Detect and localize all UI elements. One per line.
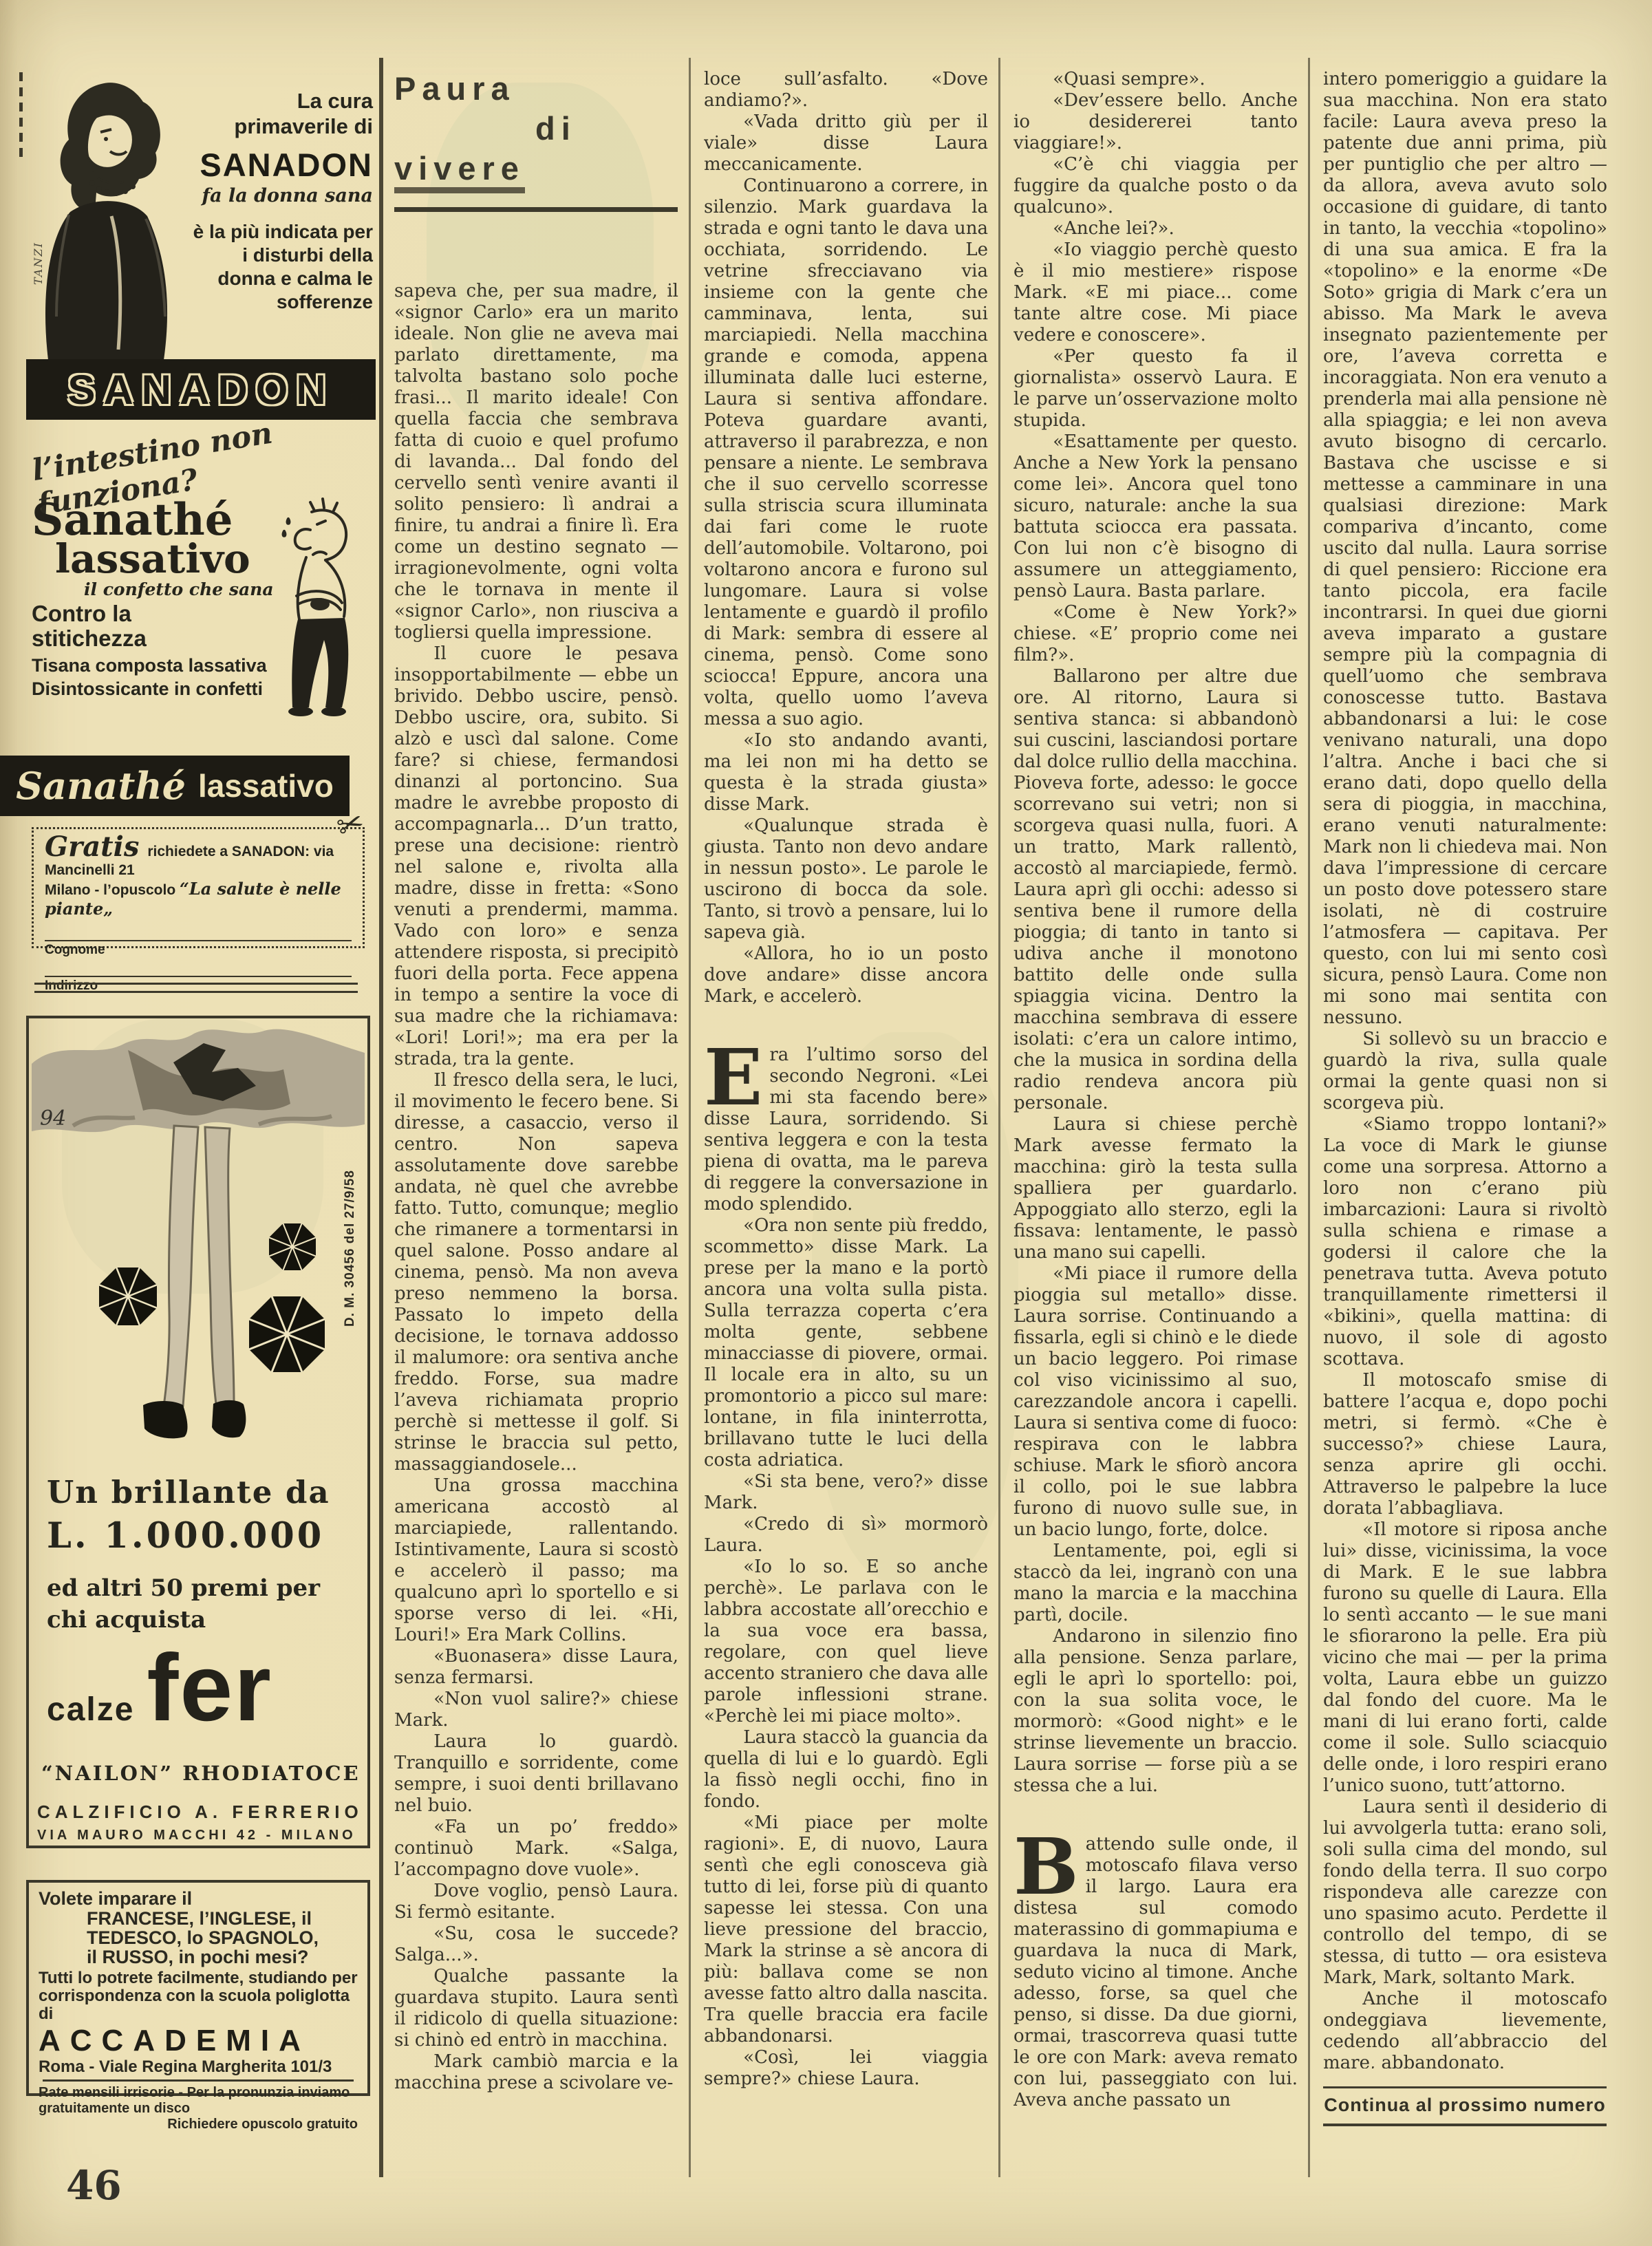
continua-notice: Continua al prossimo numero: [1323, 2086, 1607, 2126]
story-column-3: «Quasi sempre».«Dev’essere bello. Anche …: [1013, 69, 1298, 2177]
accademia-line-3: TEDESCO, lo SPAGNOLO,: [87, 1928, 358, 1947]
fer-nailon-line: “NAILON” RHODIATOCE: [41, 1762, 361, 1785]
story-column-2: loce sull’asfalto. «Dove andiamo?».«Vada…: [704, 69, 988, 2177]
sanathe-banner-bold: lassativo: [198, 767, 334, 804]
story-paragraph: «Anche lei?».: [1013, 218, 1298, 239]
fer-subline-2: chi acquista: [47, 1606, 206, 1634]
sanadon-script-line: fa la donna sana: [189, 185, 373, 206]
accademia-rule: [43, 2079, 354, 2082]
sanathe-banner-script: Sanathé: [16, 764, 186, 808]
column-rule: [1308, 58, 1310, 2177]
sanathe-claim-3: Disintossicante in confetti: [32, 678, 263, 700]
story-paragraph: «Ora non sente più freddo, scommetto» di…: [704, 1215, 988, 1471]
story-paragraph: «Vada dritto giù per il viale» disse Lau…: [704, 111, 988, 175]
sanathe-claim-2: Tisana composta lassativa: [32, 655, 267, 676]
fer-address: VIA MAURO MACCHI 42 - MILANO: [37, 1828, 356, 1843]
story-title-line-2: di: [535, 109, 678, 149]
accademia-address: Roma - Viale Regina Margherita 101/3: [39, 2057, 358, 2076]
ad-calze-fer: 94 D. M. 30456 del 27/9/58 Un brillante …: [26, 1016, 370, 1848]
column-rule: [998, 58, 1000, 2177]
coupon-gratis: Gratis: [45, 831, 139, 863]
story-paragraph: Lentamente, poi, egli si staccò da lei, …: [1013, 1541, 1298, 1626]
handwritten-note: 94: [40, 1106, 66, 1131]
story-paragraph: Andarono in silenzio fino alla pensione.…: [1013, 1626, 1298, 1797]
section-divider-rule: [34, 983, 358, 993]
story-paragraph: Il motoscafo smise di battere l’acqua e,…: [1323, 1370, 1607, 1519]
accademia-line-1: Volete imparare il: [39, 1888, 358, 1909]
sanadon-brand: SANADON: [189, 146, 373, 184]
drop-cap: E: [704, 1050, 762, 1106]
story-paragraph: intero pomeriggio a guidare la sua macch…: [1323, 69, 1607, 1029]
rail-divider-rule: [379, 58, 383, 2177]
fer-brand-calze: calze: [47, 1691, 134, 1729]
story-paragraph: Qualche passante la guardava stupito. La…: [394, 1966, 678, 2051]
story-paragraph: «Siamo troppo lontani?» La voce di Mark …: [1323, 1114, 1607, 1370]
story-paragraph: Laura si chiese perchè Mark avesse ferma…: [1013, 1114, 1298, 1263]
sanathe-banner: Sanathé lassativo: [0, 756, 350, 816]
sanadon-tagline: La cura primaverile di: [189, 88, 373, 139]
fer-headline-1: Un brillante da: [47, 1474, 330, 1510]
ad-accademia: Volete imparare il FRANCESE, l’INGLESE, …: [26, 1880, 370, 2096]
story-paragraph: Si sollevò su un braccio e guardò la riv…: [1323, 1029, 1607, 1114]
print-registration-marks: [19, 66, 23, 163]
sanathe-claim-1: Contro la stitichezza: [32, 601, 197, 651]
decree-code: D. M. 30456 del 27/9/58: [343, 1093, 358, 1327]
story-paragraph: «Esattamente per questo. Anche a New Yor…: [1013, 431, 1298, 602]
story-paragraph: Il fresco della sera, le luci, il movime…: [394, 1070, 678, 1475]
sanadon-claim: è la più indicata per i disturbi della d…: [189, 220, 373, 314]
story-paragraph: Anche il motoscafo ondeggiava lievemente…: [1323, 1989, 1607, 2068]
accademia-note-2: Richiedere opuscolo gratuito: [39, 2117, 358, 2132]
accademia-line-2: FRANCESE, l’INGLESE, il: [87, 1909, 358, 1928]
story-paragraph: «Mi piace il rumore della pioggia sul me…: [1013, 1263, 1298, 1541]
page-number: 46: [66, 2162, 122, 2209]
coupon: ✂ Gratisrichiedete a SANADON: via Mancin…: [32, 827, 365, 948]
sanadon-banner-text: SANADON: [67, 366, 334, 414]
story-paragraph: Mark cambiò marcia e la macchina prese a…: [394, 2051, 678, 2094]
accademia-brand: ACCADEMIA: [39, 2024, 358, 2057]
ad-sanadon: TANZI La cura primaverile di SANADON fa …: [26, 58, 376, 421]
story-paragraph: Continuarono a correre, in silenzio. Mar…: [704, 175, 988, 730]
story-paragraph: «Come è New York?» chiese. «E’ proprio c…: [1013, 602, 1298, 666]
story-paragraph: «Io viaggio perchè questo è il mio mesti…: [1013, 239, 1298, 346]
story-paragraph: «Per questo fa il giornalista» osservò L…: [1013, 346, 1298, 431]
story-title-line-3: vivere: [394, 149, 678, 189]
accademia-body: Tutti lo potrete facilmente, studiando p…: [39, 1969, 358, 2023]
story-column-4: intero pomeriggio a guidare la sua macch…: [1323, 69, 1607, 2068]
fer-brand-logo: fer: [147, 1650, 272, 1726]
drop-cap: B: [1013, 1839, 1079, 1896]
story-paragraph: «Io sto andando avanti, ma lei non mi ha…: [704, 730, 988, 815]
story-paragraph: Il cuore le pesava insopportabilmente — …: [394, 643, 678, 1070]
story-column-1: sapeva che, per sua madre, il «signor Ca…: [394, 281, 678, 2177]
fer-company: CALZIFICIO A. FERRERIO: [37, 1801, 363, 1823]
story-paragraph: «Qualunque strada è giusta. Tanto non de…: [704, 815, 988, 943]
story-title: Paura di vivere: [394, 69, 678, 189]
story-paragraph: Battendo sulle onde, il motoscafo filava…: [1013, 1834, 1298, 2111]
story-paragraph: Era l’ultimo sorso del secondo Negroni. …: [704, 1045, 988, 1215]
story-paragraph: Una grossa macchina americana accostò al…: [394, 1475, 678, 1646]
story-paragraph: «Il motore si riposa anche lui» disse, v…: [1323, 1519, 1607, 1797]
fer-subline-1: ed altri 50 premi per: [47, 1574, 320, 1602]
title-rule: [394, 207, 678, 212]
coupon-text-line1: Gratisrichiedete a SANADON: via Mancinel…: [45, 837, 352, 879]
story-title-line-1: Paura: [394, 69, 678, 109]
story-paragraph: «Mi piace per molte ragioni». E, di nuov…: [704, 1812, 988, 2047]
woman-illustration: [29, 74, 201, 363]
story-paragraph: «Fa un po’ freddo» continuò Mark. «Salga…: [394, 1817, 678, 1881]
story-paragraph: «Su, cosa le succede? Salga...».: [394, 1923, 678, 1966]
story-paragraph: Laura sentì il desiderio di lui avvolger…: [1323, 1797, 1607, 1989]
legs-illustration: [32, 1023, 365, 1444]
sanathe-brand-line2: lassativo: [55, 535, 250, 582]
story-paragraph: Laura staccò la guancia da quella di lui…: [704, 1727, 988, 1812]
ad-sanathe: l’intestino non funziona? Sanathé lassat…: [26, 421, 376, 756]
story-paragraph: «Dev’essere bello. Anche io desidererei …: [1013, 90, 1298, 154]
story-paragraph: sapeva che, per sua madre, il «signor Ca…: [394, 281, 678, 643]
coupon-surname-line: [45, 919, 352, 941]
story-paragraph: «Così, lei viaggia sempre?» chiese Laura…: [704, 2047, 988, 2090]
coupon-surname-label: Cognome: [45, 943, 352, 958]
story-paragraph: «Io lo so. E so anche perchè». Le parlav…: [704, 1557, 988, 1727]
accademia-line-4: il RUSSO, in pochi mesi?: [87, 1947, 358, 1967]
story-paragraph: «Quasi sempre».: [1013, 69, 1298, 90]
coupon-text-line2: Milano - l’opuscolo “La salute è nelle p…: [45, 879, 352, 919]
fer-headline-2: L. 1.000.000: [47, 1515, 324, 1557]
story-paragraph: «Buonasera» disse Laura, senza fermarsi.: [394, 1646, 678, 1689]
fer-brand-row: calze fer: [47, 1650, 272, 1729]
coupon-address-line: [45, 958, 352, 977]
story-paragraph: Laura lo guardò. Tranquillo e sorridente…: [394, 1731, 678, 1817]
story-paragraph: «C’è chi viaggia per fuggire da qualche …: [1013, 154, 1298, 218]
story-paragraph: «Si sta bene, vero?» disse Mark.: [704, 1471, 988, 1514]
magazine-page: TANZI La cura primaverile di SANADON fa …: [0, 0, 1652, 2246]
accademia-note-1: Rate mensili irrisorie - Per la pronunzi…: [39, 2085, 358, 2117]
story-paragraph: Ballarono per altre due ore. Al ritorno,…: [1013, 666, 1298, 1114]
story-paragraph: «Non vuol salire?» chiese Mark.: [394, 1689, 678, 1731]
story-paragraph: «Allora, ho io un posto dove andare» dis…: [704, 943, 988, 1007]
story-paragraph: loce sull’asfalto. «Dove andiamo?».: [704, 69, 988, 111]
column-rule: [689, 58, 691, 2177]
artist-signature: TANZI: [32, 242, 45, 285]
story-paragraph: Dove voglio, pensò Laura. Si fermò esita…: [394, 1881, 678, 1923]
story-paragraph: «Credo di sì» mormorò Laura.: [704, 1514, 988, 1557]
